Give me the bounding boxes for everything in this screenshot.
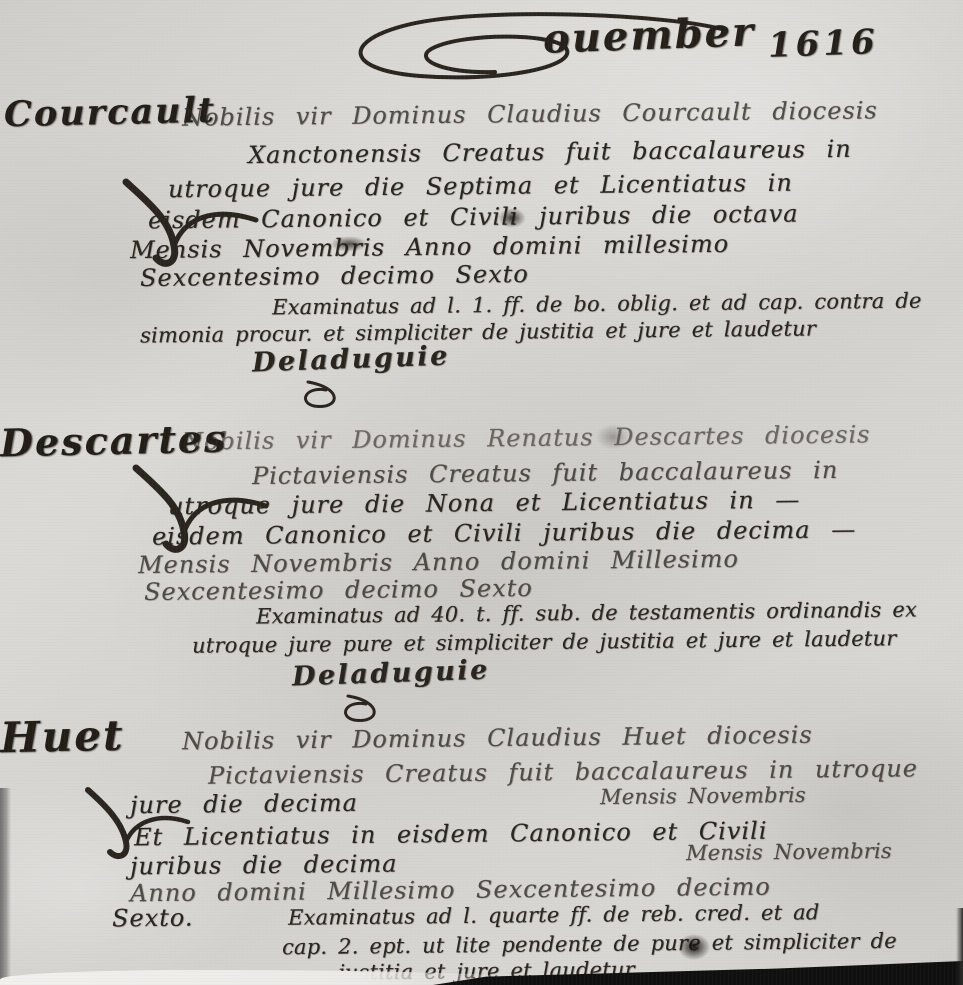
manuscript-line: Et Licentiatus in eisdem Canonico et Civ…	[134, 817, 768, 852]
manuscript-line: Mensis Novembris Anno domini millesimo	[130, 230, 729, 264]
manuscript-line: Xanctonensis Creatus fuit baccalaureus i…	[248, 135, 852, 169]
registrar-signature: Deladuguie	[292, 655, 491, 693]
header-month-label: ouember	[542, 8, 756, 62]
manuscript-line: cap. 2. ept. ut lite pendente de pure et…	[282, 929, 897, 959]
scan-edge-right	[956, 908, 963, 985]
manuscript-line: Examinatus ad l. quarte ff. de reb. cred…	[288, 900, 820, 930]
manuscript-line: juribus die decima	[130, 850, 398, 881]
manuscript-line: Nobilis vir Dominus Renatus Descartes di…	[182, 420, 871, 455]
manuscript-line: Mensis Novembris	[686, 839, 892, 865]
manuscript-line: Examinatus ad l. 1. ff. de bo. oblig. et…	[272, 289, 922, 320]
manuscript-line: utroque jure die Septima et Licentiatus …	[168, 169, 793, 204]
registrar-signature: Deladuguie	[252, 341, 451, 379]
manuscript-line: Sexto.	[112, 904, 194, 933]
manuscript-line: utroque jure die Nona et Licentiatus in …	[168, 486, 800, 521]
manuscript-line: Nobilis vir Dominus Claudius Huet dioces…	[182, 721, 813, 756]
manuscript-line: Mensis Novembris	[600, 783, 806, 809]
page-edge-sliver	[0, 970, 520, 985]
manuscript-line: simonia procur. et simpliciter de justit…	[140, 316, 816, 347]
header-year-label: 1616	[767, 22, 879, 66]
manuscript-line: Sexcentesimo decimo Sexto	[140, 260, 529, 292]
manuscript-line: Pictaviensis Creatus fuit baccalaureus i…	[252, 456, 839, 490]
manuscript-line: eisdem Canonico et Civili juribus die de…	[152, 515, 856, 550]
manuscript-page: ouember 1616 Courcault Nobilis vir Domin…	[0, 0, 963, 985]
scan-edge-left	[0, 788, 11, 985]
manuscript-line: utroque jure pure et simpliciter de just…	[192, 626, 897, 657]
manuscript-line: Pictaviensis Creatus fuit baccalaureus i…	[208, 754, 918, 789]
margin-name-huet: Huet	[0, 711, 125, 763]
manuscript-line: jure die decima	[130, 789, 358, 819]
signature-flourish-icon	[300, 378, 364, 416]
manuscript-line: Nobilis vir Dominus Claudius Courcault d…	[182, 96, 878, 131]
